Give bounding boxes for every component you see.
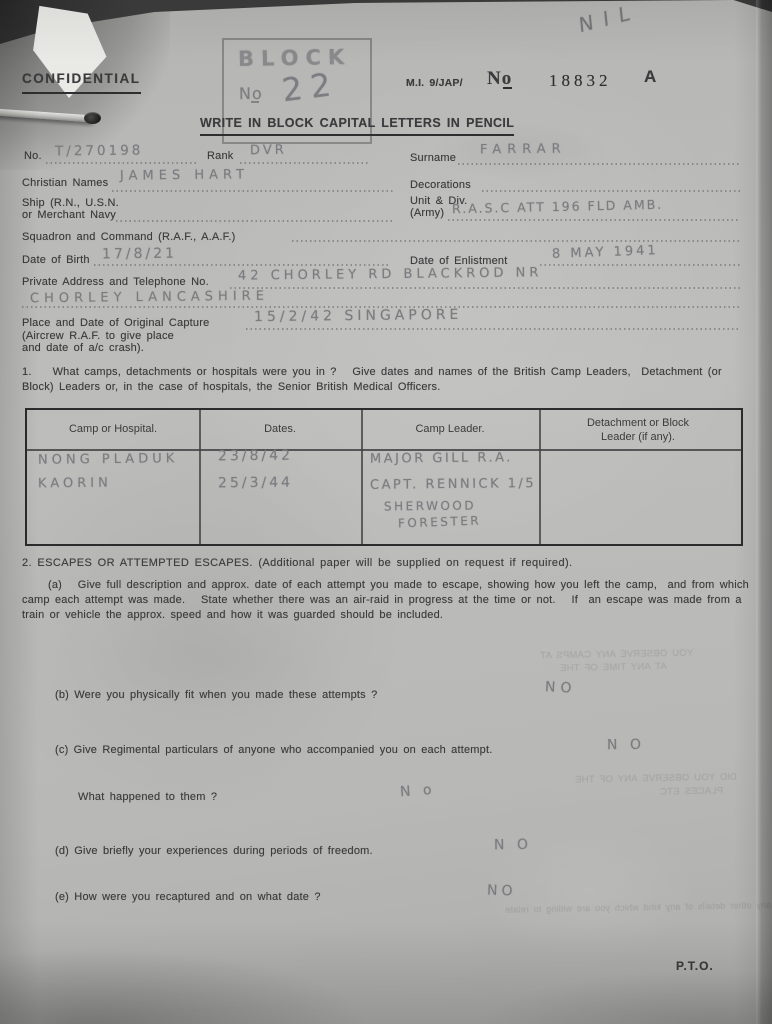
block-no-underline xyxy=(251,101,259,103)
answer-b: NO xyxy=(545,679,577,697)
camp-row-1-leader: CAPT. RENNICK 1/5 xyxy=(370,476,536,493)
camp-row-1-date: 25/3/44 xyxy=(218,475,293,492)
camp-row-1-name: KAORIN xyxy=(38,476,112,492)
capture-value: 15/2/42 SINGAPORE xyxy=(254,307,463,325)
right-edge-crease xyxy=(756,0,772,1024)
address-value-line2: CHORLEY LANCASHIRE xyxy=(30,289,269,307)
camp-row-0-date: 23/8/42 xyxy=(218,448,293,465)
question-c2-text: What happened to them ? xyxy=(78,790,217,805)
dob-value: 17/8/21 xyxy=(102,246,177,263)
service-no-value: T/270198 xyxy=(55,143,144,160)
address-label: Private Address and Telephone No. xyxy=(22,275,209,290)
decorations-label: Decorations xyxy=(410,178,471,193)
bleedthrough-text: AT ANY TIME OF THE xyxy=(560,660,667,675)
capture-label-line3: and date of a/c crash). xyxy=(22,341,144,356)
table-header-camp: Camp or Hospital. xyxy=(27,422,199,436)
service-no-label: No. xyxy=(24,149,42,164)
camp-row-0-leader: MAJOR GILL R.A. xyxy=(370,450,513,466)
camp-row-1-leader-line3: FORESTER xyxy=(398,514,482,531)
pto-marking: P.T.O. xyxy=(676,958,714,975)
answer-c2: N o xyxy=(399,782,436,800)
instruction-heading: WRITE IN BLOCK CAPITAL LETTERS IN PENCIL xyxy=(200,115,514,136)
question-d-text: (d) Give briefly your experiences during… xyxy=(55,844,373,859)
christian-names-value: JAMES HART xyxy=(120,167,249,183)
answer-d: N O xyxy=(494,837,532,853)
camp-row-0-name: NONG PLADUK xyxy=(38,451,178,467)
question2-heading: 2. ESCAPES OR ATTEMPTED ESCAPES. (Additi… xyxy=(22,556,572,571)
bleedthrough-text: PLACES ETC xyxy=(660,784,723,798)
form-reference: M.I. 9/JAP/ xyxy=(406,76,463,90)
surname-value: FARRAR xyxy=(480,142,567,158)
punch-hole xyxy=(84,112,101,124)
block-stamp-number: 22 xyxy=(280,65,341,110)
question-b-text: (b) Were you physically fit when you mad… xyxy=(55,688,377,703)
surname-label: Surname xyxy=(410,151,456,166)
number-symbol-underline xyxy=(503,87,512,89)
rank-label: Rank xyxy=(207,149,233,164)
address-value-line1: 42 CHORLEY RD BLACKROD NR xyxy=(238,265,543,283)
table-header-divider xyxy=(27,449,741,451)
question2a-text: (a) Give full description and approx. da… xyxy=(22,578,752,624)
question1-text: 1. What camps, detachments or hospitals … xyxy=(22,365,748,395)
confidential-marking: CONFIDENTIAL xyxy=(22,70,141,94)
ship-label-line2: or Merchant Navy xyxy=(22,208,116,223)
serial-number-stamp: 18832 xyxy=(549,69,612,92)
answer-c: N O xyxy=(607,737,645,753)
series-letter: A xyxy=(644,65,656,88)
table-header-detachment-line2: Leader (if any). xyxy=(539,430,737,444)
dob-label: Date of Birth xyxy=(22,253,90,268)
camp-row-1-leader-line2: SHERWOOD xyxy=(384,499,476,514)
table-header-leader: Camp Leader. xyxy=(361,422,539,436)
squadron-label: Squadron and Command (R.A.F., A.A.F.) xyxy=(22,230,236,245)
question-c-text: (c) Give Regimental particulars of anyon… xyxy=(55,743,492,758)
table-header-detachment-line1: Detachment or Block xyxy=(539,416,737,430)
scanned-pow-questionnaire: CONFIDENTIAL BLOCK No 22 M.I. 9/JAP/ No … xyxy=(0,0,772,1024)
table-header-dates: Dates. xyxy=(199,422,361,436)
unit-label-line2: (Army) xyxy=(410,206,444,221)
answer-e: NO xyxy=(487,882,517,899)
christian-names-label: Christian Names xyxy=(22,176,108,191)
rank-value: DVR xyxy=(250,143,287,158)
question-e-text: (e) How were you recaptured and on what … xyxy=(55,890,321,905)
